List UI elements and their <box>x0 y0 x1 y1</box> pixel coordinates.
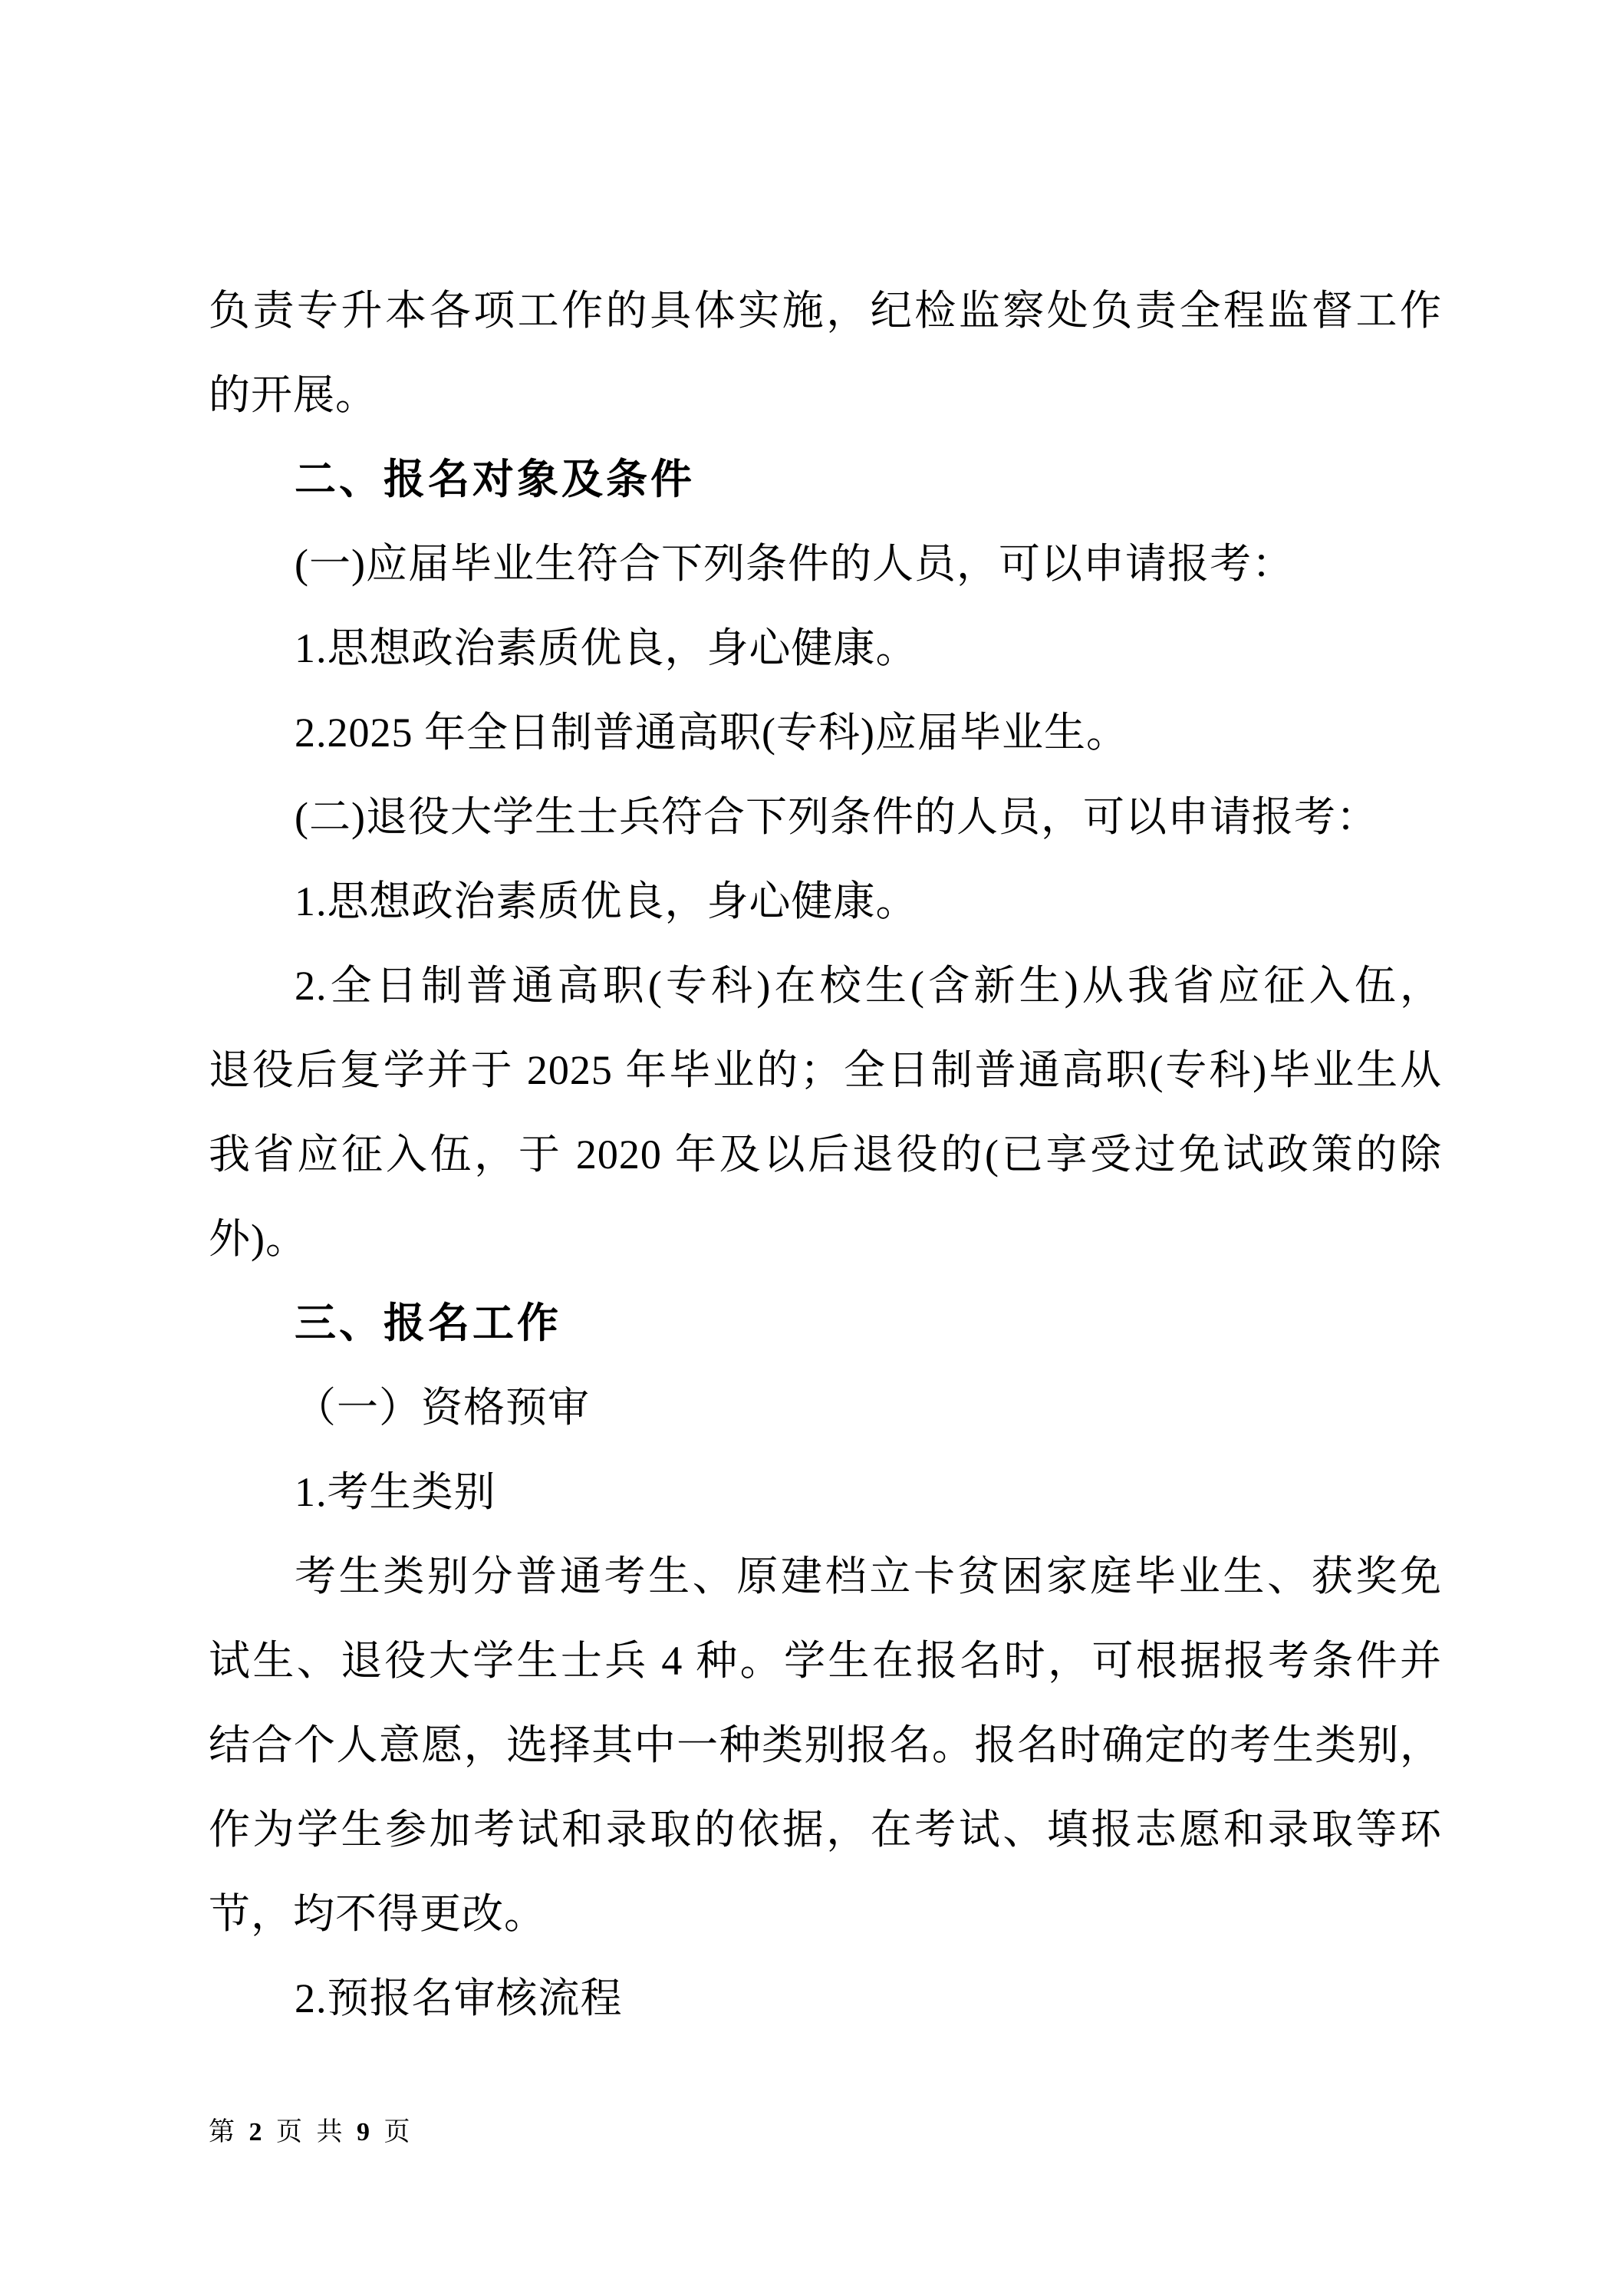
text-line: 作为学生参加考试和录取的依据，在考试、填报志愿和录取等环 <box>209 1787 1442 1872</box>
text-line: 外)。 <box>209 1197 1442 1281</box>
page-number: 2 <box>249 2118 266 2146</box>
document-page: 负责专升本各项工作的具体实施，纪检监察处负责全程监督工作的开展。二、报名对象及条… <box>0 0 1623 2296</box>
footer-text: 页 共 <box>266 2118 357 2146</box>
page-footer: 第 2 页 共 9 页 <box>209 2116 414 2149</box>
page-number: 9 <box>357 2118 374 2146</box>
text-line: (二)退役大学生士兵符合下列条件的人员，可以申请报考： <box>209 775 1442 859</box>
text-line: 1.考生类别 <box>209 1450 1442 1534</box>
text-line: 试生、退役大学生士兵 4 种。学生在报名时，可根据报考条件并 <box>209 1619 1442 1703</box>
text-line: 负责专升本各项工作的具体实施，纪检监察处负责全程监督工作 <box>209 268 1442 353</box>
text-line: （一）资格预审 <box>209 1365 1442 1450</box>
section-heading: 三、报名工作 <box>209 1281 1442 1365</box>
text-line: 2.2025 年全日制普通高职(专科)应届毕业生。 <box>209 690 1442 775</box>
text-line: 我省应征入伍，于 2020 年及以后退役的(已享受过免试政策的除 <box>209 1112 1442 1197</box>
text-line: 退役后复学并于 2025 年毕业的；全日制普通高职(专科)毕业生从 <box>209 1028 1442 1112</box>
text-line: 结合个人意愿，选择其中一种类别报名。报名时确定的考生类别， <box>209 1703 1442 1787</box>
footer-text: 第 <box>209 2118 249 2146</box>
text-line: 的开展。 <box>209 353 1442 437</box>
footer-text: 页 <box>374 2118 414 2146</box>
text-line: 考生类别分普通考生、原建档立卡贫困家庭毕业生、获奖免 <box>209 1534 1442 1619</box>
text-line: 1.思想政治素质优良，身心健康。 <box>209 859 1442 944</box>
text-line: (一)应届毕业生符合下列条件的人员，可以申请报考： <box>209 522 1442 606</box>
text-line: 1.思想政治素质优良，身心健康。 <box>209 606 1442 690</box>
section-heading: 二、报名对象及条件 <box>209 437 1442 522</box>
text-line: 2.全日制普通高职(专科)在校生(含新生)从我省应征入伍， <box>209 944 1442 1028</box>
document-text: 负责专升本各项工作的具体实施，纪检监察处负责全程监督工作的开展。二、报名对象及条… <box>209 268 1442 2041</box>
text-line: 2.预报名审核流程 <box>209 1956 1442 2041</box>
text-line: 节，均不得更改。 <box>209 1872 1442 1956</box>
